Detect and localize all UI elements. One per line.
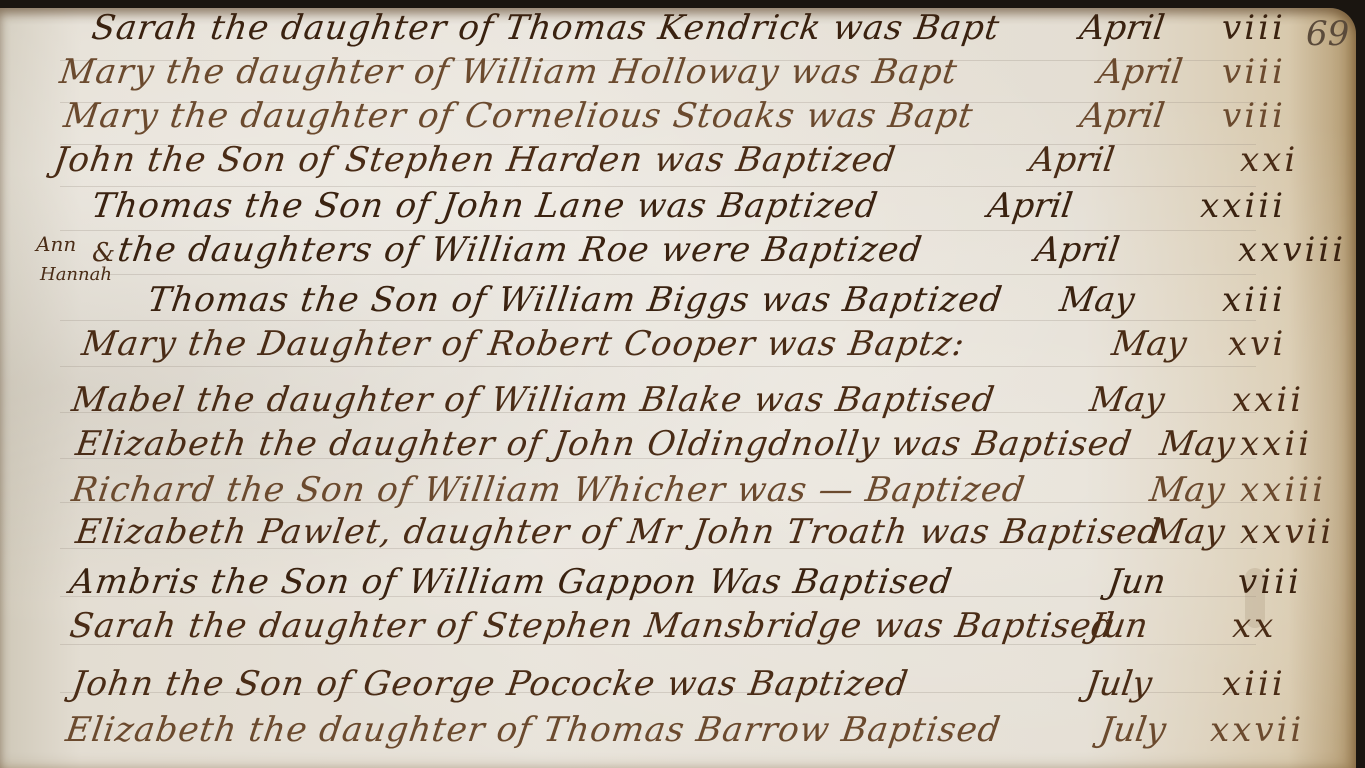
entry-day: viii bbox=[1222, 8, 1286, 48]
entry-day: viii bbox=[1222, 96, 1286, 136]
entry-month: Jun bbox=[1087, 606, 1150, 646]
register-entry: Elizabeth Pawlet, daughter of Mr John Tr… bbox=[0, 512, 1365, 556]
entry-day: xiii bbox=[1222, 664, 1286, 704]
entry-text: Elizabeth the daughter of Thomas Barrow … bbox=[63, 710, 1003, 750]
entry-day: xxiii bbox=[1200, 186, 1286, 226]
entry-text: Thomas the Son of John Lane was Baptized bbox=[89, 186, 881, 226]
register-entry: the daughters of William Roe were Baptiz… bbox=[0, 230, 1365, 274]
register-entry: Mary the Daughter of Robert Cooper was B… bbox=[0, 324, 1365, 368]
entry-text: Richard the Son of William Whicher was —… bbox=[69, 470, 1028, 510]
entry-text: Mary the daughter of William Holloway wa… bbox=[57, 52, 960, 92]
entry-text: Elizabeth Pawlet, daughter of Mr John Tr… bbox=[73, 512, 1163, 552]
entry-month: April bbox=[985, 186, 1075, 226]
entry-month: May bbox=[1157, 424, 1237, 464]
register-entry: Thomas the Son of John Lane was Baptized… bbox=[0, 186, 1365, 230]
register-entry: John the Son of George Pococke was Bapti… bbox=[0, 664, 1365, 708]
register-entry: Mabel the daughter of William Blake was … bbox=[0, 380, 1365, 424]
entry-month: May bbox=[1057, 280, 1137, 320]
register-entry: John the Son of Stephen Harden was Bapti… bbox=[0, 140, 1365, 184]
entry-text: Elizabeth the daughter of John Oldingdno… bbox=[73, 424, 1135, 464]
entry-day: xxiii bbox=[1240, 470, 1326, 510]
register-entry: Sarah the daughter of Stephen Mansbridge… bbox=[0, 606, 1365, 650]
entry-month: Jun bbox=[1105, 562, 1168, 602]
entry-text: Mary the daughter of Cornelious Stoaks w… bbox=[61, 96, 976, 136]
register-entry: Elizabeth the daughter of John Oldingdno… bbox=[0, 424, 1365, 468]
entry-text: Mary the Daughter of Robert Cooper was B… bbox=[79, 324, 968, 364]
entry-month: April bbox=[1027, 140, 1117, 180]
entry-day: xxviii bbox=[1238, 230, 1346, 270]
entry-day: xx bbox=[1232, 606, 1276, 646]
entry-text: Sarah the daughter of Stephen Mansbridge… bbox=[67, 606, 1117, 646]
register-entry: Richard the Son of William Whicher was —… bbox=[0, 470, 1365, 514]
entry-text: Thomas the Son of William Biggs was Bapt… bbox=[145, 280, 1005, 320]
entry-day: xvi bbox=[1228, 324, 1286, 364]
entry-text: John the Son of Stephen Harden was Bapti… bbox=[51, 140, 898, 180]
register-entry: Thomas the Son of William Biggs was Bapt… bbox=[0, 280, 1365, 324]
register-entry: Mary the daughter of William Holloway wa… bbox=[0, 52, 1365, 96]
entry-text: the daughters of William Roe were Baptiz… bbox=[115, 230, 925, 270]
register-entry: Sarah the daughter of Thomas Kendrick wa… bbox=[0, 8, 1365, 52]
register-entry: Mary the daughter of Cornelious Stoaks w… bbox=[0, 96, 1365, 140]
entry-month: May bbox=[1109, 324, 1189, 364]
entry-month: April bbox=[1032, 230, 1122, 270]
entry-month: May bbox=[1147, 512, 1227, 552]
entry-month: April bbox=[1077, 96, 1167, 136]
entry-day: xxvii bbox=[1240, 512, 1334, 552]
entry-day: viii bbox=[1238, 562, 1302, 602]
entry-text: Mabel the daughter of William Blake was … bbox=[69, 380, 997, 420]
entry-day: xxii bbox=[1240, 424, 1312, 464]
entry-month: July bbox=[1097, 710, 1168, 750]
entry-month: May bbox=[1147, 470, 1227, 510]
entry-month: July bbox=[1083, 664, 1154, 704]
entry-text: Sarah the daughter of Thomas Kendrick wa… bbox=[89, 8, 1002, 48]
entry-month: April bbox=[1077, 8, 1167, 48]
entry-day: viii bbox=[1222, 52, 1286, 92]
entry-day: xxvii bbox=[1210, 710, 1304, 750]
entry-month: May bbox=[1087, 380, 1167, 420]
entry-month: April bbox=[1095, 52, 1185, 92]
entry-text: John the Son of George Pococke was Bapti… bbox=[69, 664, 911, 704]
register-entry: Elizabeth the daughter of Thomas Barrow … bbox=[0, 710, 1365, 752]
register-entry: Ambris the Son of William Gappon Was Bap… bbox=[0, 562, 1365, 606]
entry-day: xiii bbox=[1222, 280, 1286, 320]
entry-day: xxii bbox=[1232, 380, 1304, 420]
entry-day: xxi bbox=[1240, 140, 1298, 180]
ruled-line bbox=[60, 274, 1256, 275]
entry-text: Ambris the Son of William Gappon Was Bap… bbox=[67, 562, 955, 602]
